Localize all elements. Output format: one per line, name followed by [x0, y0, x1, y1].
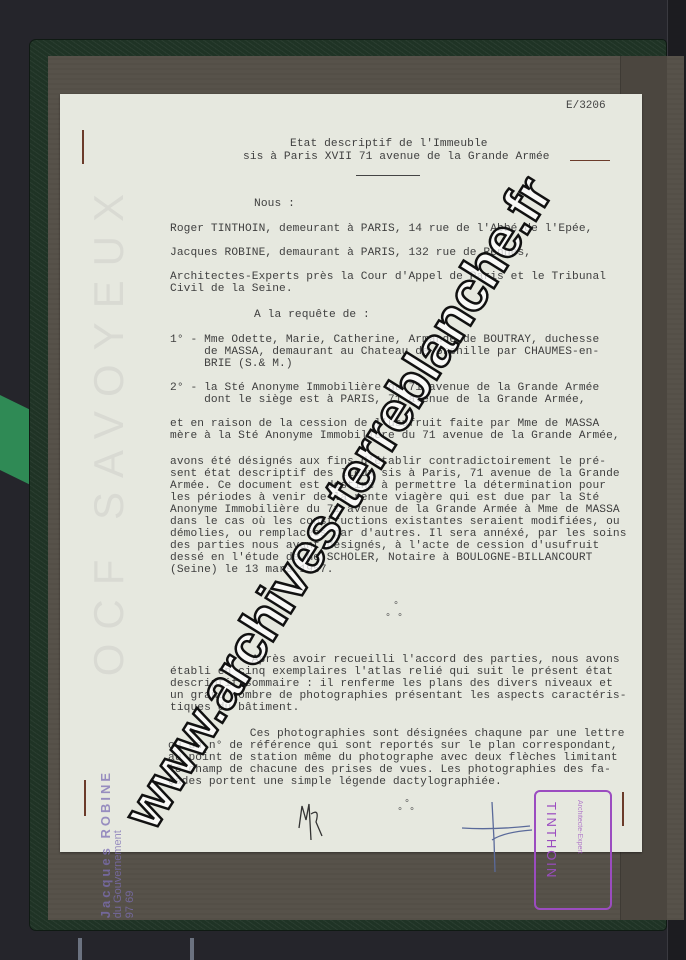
title-line-1: Etat descriptif de l'Immeuble	[290, 138, 488, 150]
margin-mark-bottom-left	[84, 780, 86, 816]
title-underline	[356, 175, 420, 176]
qualification-line-2: Civil de la Seine.	[170, 283, 293, 295]
ghost-stamp: OCF SAVOYEUX	[85, 180, 133, 676]
separator-dot: °	[393, 602, 399, 612]
paragraph-3-line: ou un n° de référence qui sont reportés …	[168, 740, 618, 752]
separator-dot: ° °	[385, 614, 403, 624]
background-green-stripe	[0, 395, 34, 487]
tinthoin-stamp: TINTHOIN Architecte-Expert	[534, 790, 612, 910]
nous-heading: Nous :	[254, 198, 295, 210]
party-1-line-2: de MASSA, demaurant au Chateau de Grenil…	[170, 346, 599, 358]
paragraph-3-line: çades portent une simple légende dactylo…	[168, 776, 502, 788]
footer-dot: ° °	[397, 808, 415, 818]
document-reference: E/3206	[566, 100, 606, 112]
requete-heading: A la requête de :	[254, 309, 370, 321]
signature-icon	[462, 800, 534, 874]
paragraph-1-line: dans le cas où les constructions existan…	[170, 516, 620, 528]
paragraph-1-line: Anonyme Immobilière du 71 avenue de la G…	[170, 504, 620, 516]
paragraph-1-line: dessé en l'étude de Me SCHOLER, Notaire …	[170, 552, 592, 564]
margin-mark-top-right	[570, 160, 610, 161]
party-1-line-1: 1° - Mme Odette, Marie, Catherine, Arman…	[170, 334, 599, 346]
bottom-mark	[78, 938, 82, 960]
party-1-line-3: BRIE (S.& M.)	[170, 358, 293, 370]
paragraph-3-line: Ces photographies sont désignées chaqune…	[168, 728, 625, 740]
initials-signature-icon	[296, 800, 326, 846]
paragraph-1-line: les périodes à venir de la rente viagère…	[170, 492, 599, 504]
bottom-mark	[190, 938, 194, 960]
paragraph-1-line: démolies, ou remplacées par d'autres. Il…	[170, 528, 627, 540]
title-line-2: sis à Paris XVII 71 avenue de la Grande …	[243, 151, 550, 163]
paragraph-3-line: le champ de chacune des prises de vues. …	[168, 764, 611, 776]
margin-mark-bottom-right	[622, 792, 624, 826]
margin-mark-top	[82, 130, 84, 164]
qualification-line-1: Architectes-Experts près la Cour d'Appel…	[170, 271, 606, 283]
paragraph-3-line: au point de station même du photographe …	[168, 752, 618, 764]
paragraph-1-line: des parties nous ayant désignés, à l'act…	[170, 540, 599, 552]
